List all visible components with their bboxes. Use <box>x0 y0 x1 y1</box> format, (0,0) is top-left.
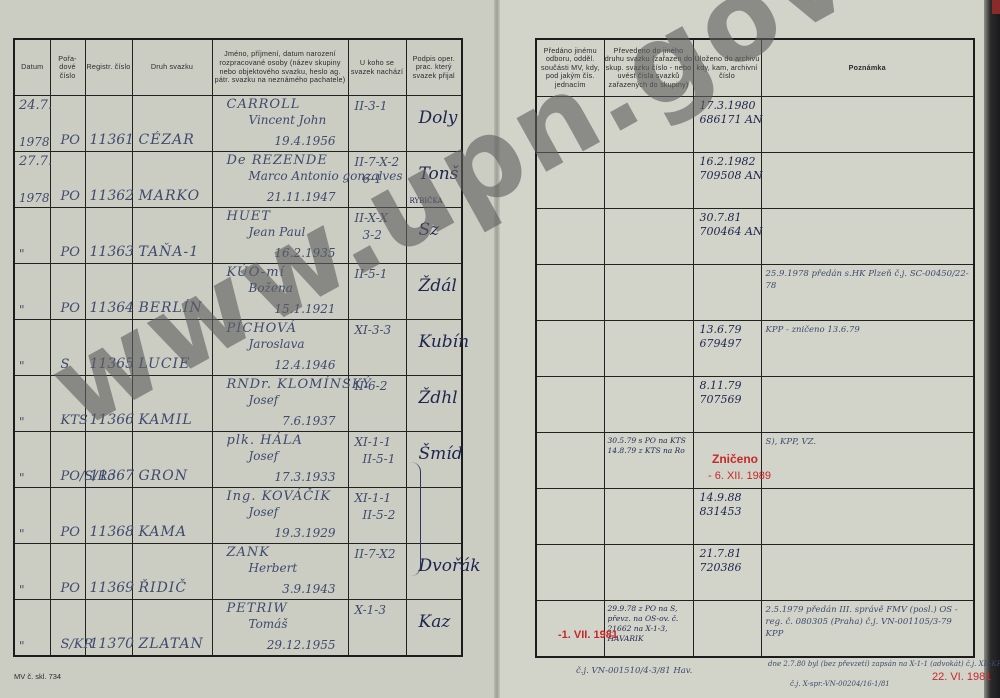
given-name-value: Josef <box>249 393 279 407</box>
cell-prevedeno <box>604 265 693 321</box>
u-koho-value: II-7-X2 <box>355 547 396 561</box>
surname-value: ZANK <box>227 545 271 560</box>
cell-poznamka <box>761 545 974 601</box>
signature-value: Ždhl <box>419 388 458 408</box>
birth-date-value: 7.6.1937 <box>282 414 335 428</box>
u-koho-value: X-1-3 <box>355 603 387 617</box>
cell-datum: " <box>14 544 50 600</box>
poznamka-value: S), KPP, VZ. <box>766 436 971 448</box>
archive-number-value: 720386 <box>700 561 742 574</box>
cell-poradove: S <box>50 320 85 376</box>
u-koho-value: II-3-1 <box>355 99 388 113</box>
cell-ulozeno: 8.11.79707569 <box>693 377 761 433</box>
poznamka-value: KPP - zničeno 13.6.79 <box>766 324 971 336</box>
birth-date-value: 19.4.1956 <box>274 134 335 148</box>
cell-jmeno: PÍCHOVÁJaroslava12.4.1946 <box>212 320 348 376</box>
ledger-row: 30.7.81700464 AN <box>536 209 974 265</box>
cell-registr: 11364 <box>85 264 132 320</box>
u-koho-value: XI-1-1 <box>355 491 392 505</box>
cell-poznamka: S), KPP, VZ. <box>761 433 974 489</box>
right-header-row: Předáno jinému odboru, odděl. součásti M… <box>536 39 974 97</box>
ledger-row: "PO11363TAŇA-1HUETJean Paul16.2.1935II-X… <box>14 208 462 264</box>
cell-poradove: PO <box>50 544 85 600</box>
date-stamp-2: 22. VI. 1981 <box>932 671 991 683</box>
u-koho-value: II-7-X-2 <box>355 155 400 169</box>
ledger-row: 17.3.1980686171 AN <box>536 97 974 153</box>
cell-podpis: Ždhl <box>406 376 462 432</box>
cell-registr: 11362 <box>85 152 132 208</box>
u-koho-value-2: II-5-1 <box>363 452 396 466</box>
page-edge <box>984 0 1000 698</box>
cell-predano <box>536 97 604 153</box>
prevedeno-value: 29.9.78 z PO na S, převz. na OS-ov. č. 2… <box>608 604 692 644</box>
signature-value: Kubín <box>419 332 470 352</box>
cell-u-koho: II-3-1 <box>348 96 406 152</box>
cell-ulozeno: 14.9.88831453 <box>693 489 761 545</box>
signature-value: Kaz <box>419 612 451 632</box>
archive-date-value: 30.7.81 <box>700 211 742 224</box>
cell-poznamka <box>761 209 974 265</box>
cell-prevedeno <box>604 97 693 153</box>
cell-jmeno: KÚO-míBožena15.1.1921 <box>212 264 348 320</box>
signature-value: Šmíd <box>419 444 463 464</box>
cell-poznamka <box>761 489 974 545</box>
archive-number-value: 709508 AN <box>700 169 763 182</box>
cell-druh: GRON <box>132 432 212 488</box>
cell-predano <box>536 265 604 321</box>
signature-value: Dvořák <box>419 556 481 576</box>
poradove-value: KTS <box>61 413 88 428</box>
cell-registr: 11365 <box>85 320 132 376</box>
surname-value: PÍCHOVÁ <box>227 321 298 336</box>
registr-value: 11363 <box>90 244 135 260</box>
registr-value: 11367 <box>90 468 135 484</box>
registr-value: 11365 <box>90 356 135 372</box>
cell-predano <box>536 545 604 601</box>
cell-poradove: PO <box>50 152 85 208</box>
cell-poznamka <box>761 377 974 433</box>
cell-druh: LUCIE <box>132 320 212 376</box>
u-koho-value: II-5-1 <box>355 267 388 281</box>
ledger-row: 8.11.79707569 <box>536 377 974 433</box>
cell-registr: 11370 <box>85 600 132 657</box>
cell-datum: " <box>14 320 50 376</box>
surname-value: KÚO-mí <box>227 265 285 280</box>
druh-value: ŘIDIČ <box>139 580 188 596</box>
cell-datum: " <box>14 264 50 320</box>
given-name-value: Tomáš <box>249 617 288 631</box>
overflow-note-poznamka-1: dne 2.7.80 byl (bez převzetí) zapsán na … <box>768 660 1000 668</box>
ledger-row: 25.9.1978 předán s.HK Plzeň č.j. SC-0045… <box>536 265 974 321</box>
registr-value: 11361 <box>90 132 135 148</box>
cell-ulozeno <box>693 601 761 658</box>
signature-value: Doly <box>419 108 458 128</box>
poradove-value: S <box>61 357 70 372</box>
signature-value: Tonš <box>419 164 459 184</box>
left-ledger-table: Datum Pořa-dové číslo Registr. číslo Dru… <box>13 38 463 657</box>
cell-druh: CÉZAR <box>132 96 212 152</box>
given-name-value: Josef <box>249 449 279 463</box>
cell-datum: " <box>14 376 50 432</box>
registr-value: 11362 <box>90 188 135 204</box>
druh-value: LUCIE <box>139 356 191 372</box>
birth-date-value: 15.1.1921 <box>274 302 335 316</box>
cell-druh: BERLÍN <box>132 264 212 320</box>
cell-u-koho: XI-1-1II-5-1 <box>348 432 406 488</box>
u-koho-value-2: 6-1 <box>363 172 382 186</box>
birth-date-value: 17.3.1933 <box>274 470 335 484</box>
date-stamp-1: -1. VII. 1981 <box>558 629 618 641</box>
cell-predano <box>536 433 604 489</box>
ledger-row: "S/KR11370ZLATANPETRIWTomáš29.12.1955X-1… <box>14 600 462 657</box>
cell-u-koho: II-7-X2 <box>348 544 406 600</box>
druh-value: BERLÍN <box>139 300 203 316</box>
page-edge-marker <box>992 0 1000 14</box>
birth-date-value: 21.11.1947 <box>267 190 336 204</box>
cell-druh: ZLATAN <box>132 600 212 657</box>
cell-u-koho: XI-1-1II-5-2 <box>348 488 406 544</box>
cell-predano <box>536 153 604 209</box>
poradove-value: PO <box>61 581 80 596</box>
cell-ulozeno: 17.3.1980686171 AN <box>693 97 761 153</box>
cell-jmeno: ZANKHerbert3.9.1943 <box>212 544 348 600</box>
archive-date-value: 17.3.1980 <box>700 99 756 112</box>
cell-prevedeno <box>604 489 693 545</box>
datum-day: 27.7. <box>19 154 52 169</box>
header-datum: Datum <box>14 39 50 96</box>
cell-jmeno: plk. HÁLAJosef17.3.1933 <box>212 432 348 488</box>
cell-u-koho: X-1-3 <box>348 600 406 657</box>
datum-year: 1978 <box>19 191 50 205</box>
registr-value: 11368 <box>90 524 135 540</box>
poradove-value: PO <box>61 133 80 148</box>
signature-value: Ždál <box>419 276 457 296</box>
cell-prevedeno <box>604 209 693 265</box>
cell-registr: 11366 <box>85 376 132 432</box>
birth-date-value: 3.9.1943 <box>282 582 335 596</box>
birth-date-value: 19.3.1929 <box>274 526 335 540</box>
signature-value: Sz <box>419 220 440 240</box>
archive-number-value: 700464 AN <box>700 225 763 238</box>
druh-value: KAMIL <box>139 412 193 428</box>
cell-jmeno: PETRIWTomáš29.12.1955 <box>212 600 348 657</box>
cell-poznamka: 25.9.1978 předán s.HK Plzeň č.j. SC-0045… <box>761 265 974 321</box>
poradove-value: PO <box>61 189 80 204</box>
ledger-row: 27.7.1978PO11362MARKODe REZENDEMarco Ant… <box>14 152 462 208</box>
cell-jmeno: RNDr. KLOMÍNSKÝJosef7.6.1937 <box>212 376 348 432</box>
u-koho-value-2: 3-2 <box>363 228 382 242</box>
birth-date-value: 16.2.1935 <box>274 246 335 260</box>
archive-number-value: 686171 AN <box>700 113 763 126</box>
cell-ulozeno: 16.2.1982709508 AN <box>693 153 761 209</box>
cell-poradove: KTS <box>50 376 85 432</box>
surname-value: PETRIW <box>227 601 288 616</box>
birth-date-value: 29.12.1955 <box>267 638 336 652</box>
surname-value: CARROLL <box>227 97 301 112</box>
u-koho-value: II-X-X <box>355 211 388 225</box>
cell-registr: 11369 <box>85 544 132 600</box>
birth-date-value: 12.4.1946 <box>274 358 335 372</box>
cell-druh: ŘIDIČ <box>132 544 212 600</box>
datum-year: " <box>19 583 25 597</box>
cell-datum: " <box>14 488 50 544</box>
archive-date-value: 21.7.81 <box>700 547 742 560</box>
header-ulozeno: Uloženo do archivu kdy, kam, archivní čí… <box>693 39 761 97</box>
ledger-row: "PO11368KAMAIng. KOVÁČIKJosef19.3.1929XI… <box>14 488 462 544</box>
surname-value: De REZENDE <box>227 153 328 168</box>
cell-podpis: TonšRYBIČKA <box>406 152 462 208</box>
signature-note: RYBIČKA <box>410 197 443 205</box>
header-registr-cislo: Registr. číslo <box>85 39 132 96</box>
u-koho-value-2: II-5-2 <box>363 508 396 522</box>
ledger-row: "PO11369ŘIDIČZANKHerbert3.9.1943II-7-X2D… <box>14 544 462 600</box>
cell-u-koho: XI-3-3 <box>348 320 406 376</box>
ledger-row: "KTS11366KAMILRNDr. KLOMÍNSKÝJosef7.6.19… <box>14 376 462 432</box>
cell-poradove: PO <box>50 488 85 544</box>
surname-value: plk. HÁLA <box>227 433 303 448</box>
header-u-koho: U koho se svazek nachází <box>348 39 406 96</box>
given-name-value: Herbert <box>249 561 298 575</box>
given-name-value: Jean Paul <box>249 225 306 239</box>
cell-podpis: Ždál <box>406 264 462 320</box>
destroyed-stamp-label: Zničeno <box>712 452 758 466</box>
cell-registr: 11361 <box>85 96 132 152</box>
ledger-row: 21.7.81720386 <box>536 545 974 601</box>
poradove-value: PO <box>61 301 80 316</box>
given-name-value: Božena <box>249 281 293 295</box>
header-predano: Předáno jinému odboru, odděl. součásti M… <box>536 39 604 97</box>
cell-podpis: Sz <box>406 208 462 264</box>
ledger-row: 13.6.79679497KPP - zničeno 13.6.79 <box>536 321 974 377</box>
header-podpis: Podpis oper. prac. který svazek přijal <box>406 39 462 96</box>
overflow-note-poznamka-2: č.j. X-spr.-VN-00204/16-1/81 <box>790 680 890 688</box>
archive-date-value: 14.9.88 <box>700 491 742 504</box>
druh-value: TAŇA-1 <box>139 244 200 260</box>
datum-year: " <box>19 247 25 261</box>
archive-number-value: 679497 <box>700 337 742 350</box>
archive-number-value: 831453 <box>700 505 742 518</box>
cell-ulozeno: 21.7.81720386 <box>693 545 761 601</box>
cell-jmeno: De REZENDEMarco Antonio gonzalves21.11.1… <box>212 152 348 208</box>
archive-number-value: 707569 <box>700 393 742 406</box>
archive-date-value: 13.6.79 <box>700 323 742 336</box>
cell-datum: 27.7.1978 <box>14 152 50 208</box>
cell-druh: KAMIL <box>132 376 212 432</box>
datum-year: " <box>19 471 25 485</box>
ledger-row: "S11365LUCIEPÍCHOVÁJaroslava12.4.1946XI-… <box>14 320 462 376</box>
surname-value: HUET <box>227 209 271 224</box>
cell-poznamka <box>761 153 974 209</box>
cell-jmeno: HUETJean Paul16.2.1935 <box>212 208 348 264</box>
cell-prevedeno <box>604 321 693 377</box>
datum-year: 1978 <box>19 135 50 149</box>
destroyed-stamp-date: - 6. XII. 1989 <box>708 470 771 482</box>
cell-podpis: Kaz <box>406 600 462 657</box>
druh-value: CÉZAR <box>139 132 195 148</box>
header-druh-svazku: Druh svazku <box>132 39 212 96</box>
header-prevedeno: Převedeno do jiného druhu svazku (zařaze… <box>604 39 693 97</box>
given-name-value: Josef <box>249 505 279 519</box>
prevedeno-value: 30.5.79 s PO na KTS 14.8.79 z KTS na Ro <box>608 436 692 456</box>
cell-poradove: S/KR <box>50 600 85 657</box>
ledger-row: "PO/S/Ro11367GRONplk. HÁLAJosef17.3.1933… <box>14 432 462 488</box>
registr-value: 11370 <box>90 636 135 652</box>
header-poznamka: Poznámka <box>761 39 974 97</box>
cell-ulozeno: 30.7.81700464 AN <box>693 209 761 265</box>
surname-value: Ing. KOVÁČIK <box>227 489 332 504</box>
cell-druh: TAŇA-1 <box>132 208 212 264</box>
header-jmeno: Jméno, příjmení, datum narození rozpraco… <box>212 39 348 96</box>
datum-year: " <box>19 359 25 373</box>
given-name-value: Jaroslava <box>249 337 305 351</box>
registr-value: 11369 <box>90 580 135 596</box>
u-koho-value: XI-3-3 <box>355 323 392 337</box>
ledger-row: "PO11364BERLÍNKÚO-míBožena15.1.1921II-5-… <box>14 264 462 320</box>
archive-date-value: 16.2.1982 <box>700 155 756 168</box>
datum-year: " <box>19 527 25 541</box>
poznamka-value: 25.9.1978 předán s.HK Plzeň č.j. SC-0045… <box>766 268 971 292</box>
cell-prevedeno: 30.5.79 s PO na KTS 14.8.79 z KTS na Ro <box>604 433 693 489</box>
cell-ulozeno: 13.6.79679497 <box>693 321 761 377</box>
cell-poznamka: 2.5.1979 předán III. správě FMV (posl.) … <box>761 601 974 658</box>
ledger-row: 16.2.1982709508 AN <box>536 153 974 209</box>
cell-prevedeno <box>604 377 693 433</box>
druh-value: GRON <box>139 468 188 484</box>
cell-jmeno: Ing. KOVÁČIKJosef19.3.1929 <box>212 488 348 544</box>
cell-u-koho: II-X-X3-2 <box>348 208 406 264</box>
cell-poradove: PO <box>50 96 85 152</box>
overflow-note-prevedeno: č.j. VN-001510/4-3/81 Hav. <box>576 666 692 676</box>
cell-u-koho: II-5-1 <box>348 264 406 320</box>
datum-year: " <box>19 415 25 429</box>
cell-datum: " <box>14 600 50 657</box>
left-header-row: Datum Pořa-dové číslo Registr. číslo Dru… <box>14 39 462 96</box>
cell-poradove: PO/S/Ro <box>50 432 85 488</box>
cell-podpis: Doly <box>406 96 462 152</box>
cell-poznamka: KPP - zničeno 13.6.79 <box>761 321 974 377</box>
cell-datum: 24.7.1978 <box>14 96 50 152</box>
cell-poradove: PO <box>50 264 85 320</box>
cell-prevedeno <box>604 153 693 209</box>
cell-podpis: Kubín <box>406 320 462 376</box>
cell-jmeno: CARROLLVincent John19.4.1956 <box>212 96 348 152</box>
cell-predano <box>536 377 604 433</box>
cell-poradove: PO <box>50 208 85 264</box>
cell-registr: 11368 <box>85 488 132 544</box>
datum-year: " <box>19 303 25 317</box>
datum-day: 24.7. <box>19 98 52 113</box>
cell-druh: KAMA <box>132 488 212 544</box>
poznamka-value: 2.5.1979 předán III. správě FMV (posl.) … <box>766 604 971 640</box>
cell-datum: " <box>14 208 50 264</box>
u-koho-value: II-6-2 <box>355 379 388 393</box>
archive-date-value: 8.11.79 <box>700 379 742 392</box>
druh-value: MARKO <box>139 188 201 204</box>
cell-druh: MARKO <box>132 152 212 208</box>
signature-brace <box>408 462 421 576</box>
cell-prevedeno <box>604 545 693 601</box>
registr-value: 11366 <box>90 412 135 428</box>
poradove-value: PO <box>61 245 80 260</box>
cell-registr: 11363 <box>85 208 132 264</box>
ledger-row: 24.7.1978PO11361CÉZARCARROLLVincent John… <box>14 96 462 152</box>
cell-ulozeno <box>693 265 761 321</box>
header-poradove-cislo: Pořa-dové číslo <box>50 39 85 96</box>
poradove-value: PO <box>61 525 80 540</box>
form-code: MV č. skl. 734 <box>14 672 61 681</box>
cell-predano <box>536 321 604 377</box>
u-koho-value: XI-1-1 <box>355 435 392 449</box>
druh-value: ZLATAN <box>139 636 204 652</box>
cell-u-koho: II-6-2 <box>348 376 406 432</box>
given-name-value: Vincent John <box>249 113 327 127</box>
cell-u-koho: II-7-X-26-1 <box>348 152 406 208</box>
cell-registr: 11367 <box>85 432 132 488</box>
cell-poznamka <box>761 97 974 153</box>
druh-value: KAMA <box>139 524 187 540</box>
datum-year: " <box>19 639 25 653</box>
registr-value: 11364 <box>90 300 135 316</box>
book-gutter <box>494 0 500 698</box>
right-ledger-table: Předáno jinému odboru, odděl. součásti M… <box>535 38 975 658</box>
ledger-row: 14.9.88831453 <box>536 489 974 545</box>
cell-predano <box>536 489 604 545</box>
cell-predano <box>536 209 604 265</box>
cell-datum: " <box>14 432 50 488</box>
